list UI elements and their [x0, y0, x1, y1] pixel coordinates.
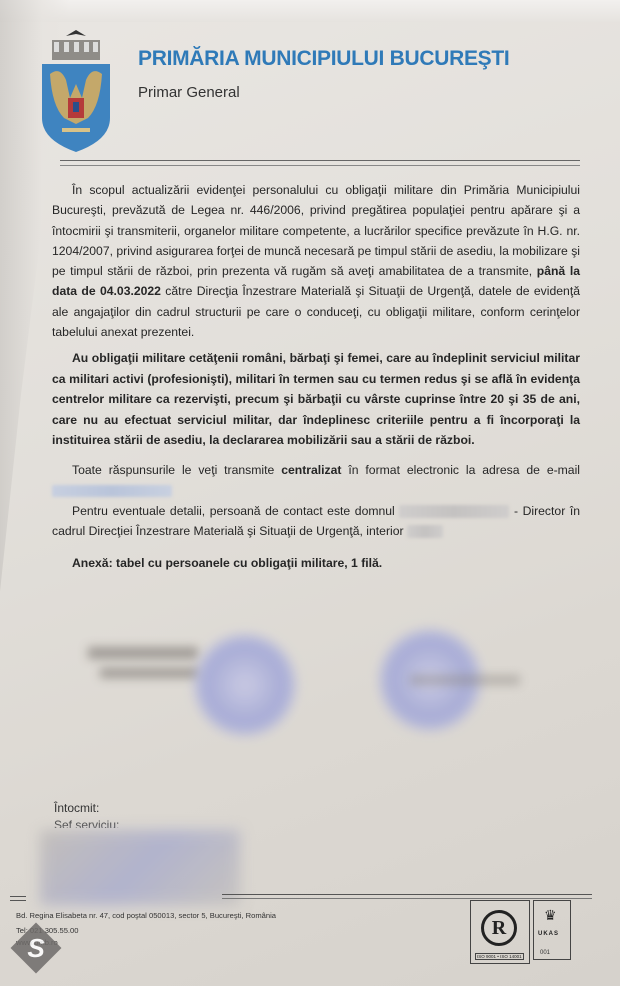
- quality-r-icon: R: [481, 910, 517, 946]
- redacted-email: [52, 485, 172, 497]
- watermark-logo: S: [11, 923, 62, 974]
- contact-text: Pentru eventuale detalii, persoană de co…: [72, 504, 395, 518]
- redacted-signatory-name: [100, 668, 200, 678]
- paragraph-intro: În scopul actualizării evidenţei persona…: [52, 180, 580, 342]
- footer-divider: [222, 894, 592, 899]
- prepared-by-label: Întocmit:: [54, 801, 99, 815]
- header-divider: [60, 160, 580, 166]
- paragraph-obligations: Au obligaţii militare cetăţenii români, …: [52, 348, 580, 451]
- redacted-signature: [40, 830, 240, 905]
- ukas-label: UKAS: [538, 931, 559, 937]
- ukas-badge: ♛ UKAS: [533, 900, 571, 960]
- annex-note: Anexă: tabel cu persoanele cu obligaţii …: [72, 556, 382, 570]
- crown-check-icon: ♛: [544, 907, 557, 924]
- office-name: Primar General: [138, 84, 240, 101]
- footer-address: Bd. Regina Elisabeta nr. 47, cod poştal …: [16, 911, 276, 920]
- redacted-contact-name: [399, 505, 509, 518]
- coat-of-arms-icon: [36, 28, 116, 154]
- watermark-s-icon: S: [18, 930, 54, 966]
- iso-certification-badge: R ISO 9001 • ISO 14001: [470, 900, 530, 964]
- redacted-signatory-title: [88, 647, 198, 659]
- official-stamp-left: [195, 635, 295, 735]
- redacted-extension: [407, 525, 443, 538]
- signature-stamps: [80, 620, 520, 770]
- institution-name: PRIMĂRIA MUNICIPIULUI BUCUREŞTI: [138, 47, 509, 71]
- paragraph-contact: Toate răspunsurile le veţi transmite cen…: [52, 460, 580, 541]
- ukas-number: 001: [540, 950, 550, 956]
- chief-label: Şef serviciu:: [54, 818, 119, 828]
- page-edge: [0, 0, 620, 22]
- reply-text-cont: în format electronic la adresa de e-mail: [341, 463, 580, 477]
- redacted-signatory-2: [410, 675, 520, 685]
- reply-text: Toate răspunsurile le veţi transmite: [72, 463, 281, 477]
- footer-divider-left: [10, 896, 26, 901]
- obligations-text: Au obligaţii militare cetăţenii români, …: [52, 351, 580, 447]
- intro-text: În scopul actualizării evidenţei persona…: [52, 183, 580, 278]
- iso-caption: ISO 9001 • ISO 14001: [475, 953, 524, 960]
- centralized-text: centralizat: [281, 463, 341, 477]
